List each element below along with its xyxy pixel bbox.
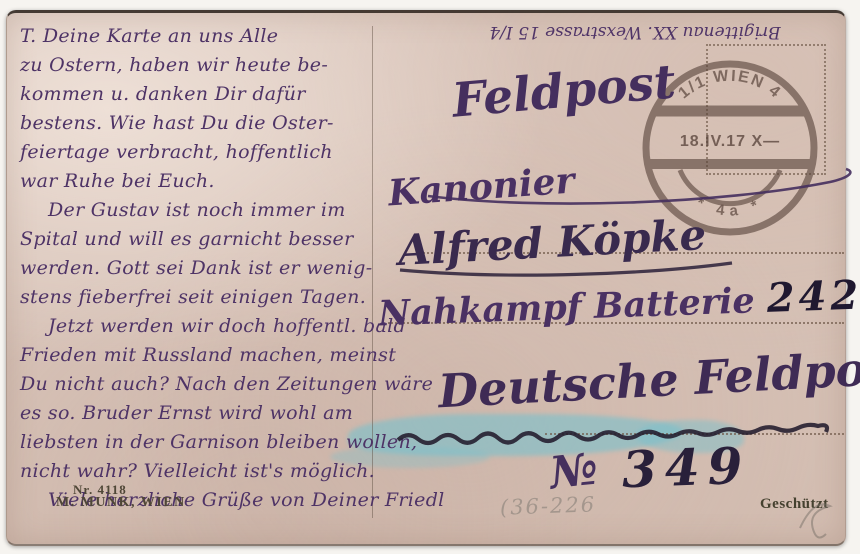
ink-flourishes: [0, 0, 860, 554]
postcard-scan: 1/1 WIEN 4 18.IV.17 X— * 4a * T. Deine K…: [0, 0, 860, 554]
feldpost-underline-flourish: [428, 169, 850, 204]
wavy-underline: [398, 425, 827, 443]
pencil-squiggle: [800, 504, 830, 537]
name-underline: [400, 263, 732, 275]
